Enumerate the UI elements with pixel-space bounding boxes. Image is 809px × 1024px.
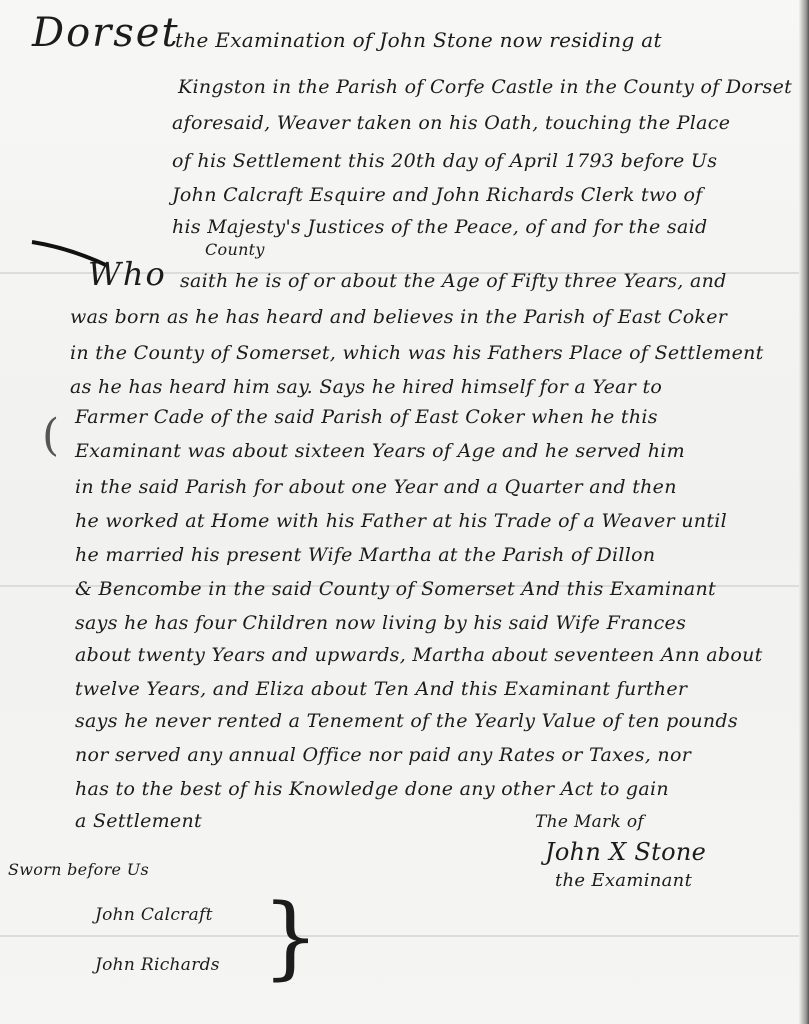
- examinant-role: the Examinant: [555, 870, 692, 891]
- body-line: says he never rented a Tenement of the Y…: [75, 710, 738, 732]
- examinant-signature: John X Stone: [545, 838, 706, 866]
- page-edge: [799, 0, 809, 1024]
- body-line: as he has heard him say. Says he hired h…: [70, 376, 662, 398]
- body-line: nor served any annual Office nor paid an…: [75, 744, 691, 766]
- justice-signature: John Calcraft: [95, 905, 213, 925]
- body-line: Farmer Cade of the said Parish of East C…: [75, 406, 658, 428]
- signature-brace: }: [262, 893, 319, 983]
- sworn-label: Sworn before Us: [8, 860, 149, 879]
- body-line: & Bencombe in the said County of Somerse…: [75, 578, 716, 600]
- body-line: about twenty Years and upwards, Martha a…: [75, 644, 763, 666]
- body-line: twelve Years, and Eliza about Ten And th…: [75, 678, 687, 700]
- intro-line: County: [205, 240, 265, 259]
- body-line: he married his present Wife Martha at th…: [75, 544, 655, 566]
- intro-line: of his Settlement this 20th day of April…: [172, 150, 717, 172]
- intro-line: his Majesty's Justices of the Peace, of …: [172, 216, 707, 238]
- county-heading: Dorset: [32, 10, 180, 56]
- intro-line: the Examination of John Stone now residi…: [175, 28, 662, 52]
- margin-bracket: (: [42, 410, 59, 461]
- intro-line: John Calcraft Esquire and John Richards …: [172, 184, 703, 206]
- body-line: says he has four Children now living by …: [75, 612, 686, 634]
- body-line: Examinant was about sixteen Years of Age…: [75, 440, 685, 462]
- body-opening: Who: [88, 255, 167, 293]
- justice-signature: John Richards: [95, 955, 220, 975]
- body-line: was born as he has heard and believes in…: [70, 306, 727, 328]
- body-line: has to the best of his Knowledge done an…: [75, 778, 669, 800]
- body-line: in the said Parish for about one Year an…: [75, 476, 677, 498]
- body-line: he worked at Home with his Father at his…: [75, 510, 727, 532]
- body-line: in the County of Somerset, which was his…: [70, 342, 764, 364]
- mark-label: The Mark of: [535, 812, 644, 832]
- intro-line: aforesaid, Weaver taken on his Oath, tou…: [172, 112, 730, 134]
- intro-line: Kingston in the Parish of Corfe Castle i…: [178, 76, 792, 98]
- fold-line: [0, 935, 809, 937]
- body-line: a Settlement: [75, 810, 202, 832]
- document-page: Dorset the Examination of John Stone now…: [0, 0, 809, 1024]
- body-line: saith he is of or about the Age of Fifty…: [180, 270, 727, 292]
